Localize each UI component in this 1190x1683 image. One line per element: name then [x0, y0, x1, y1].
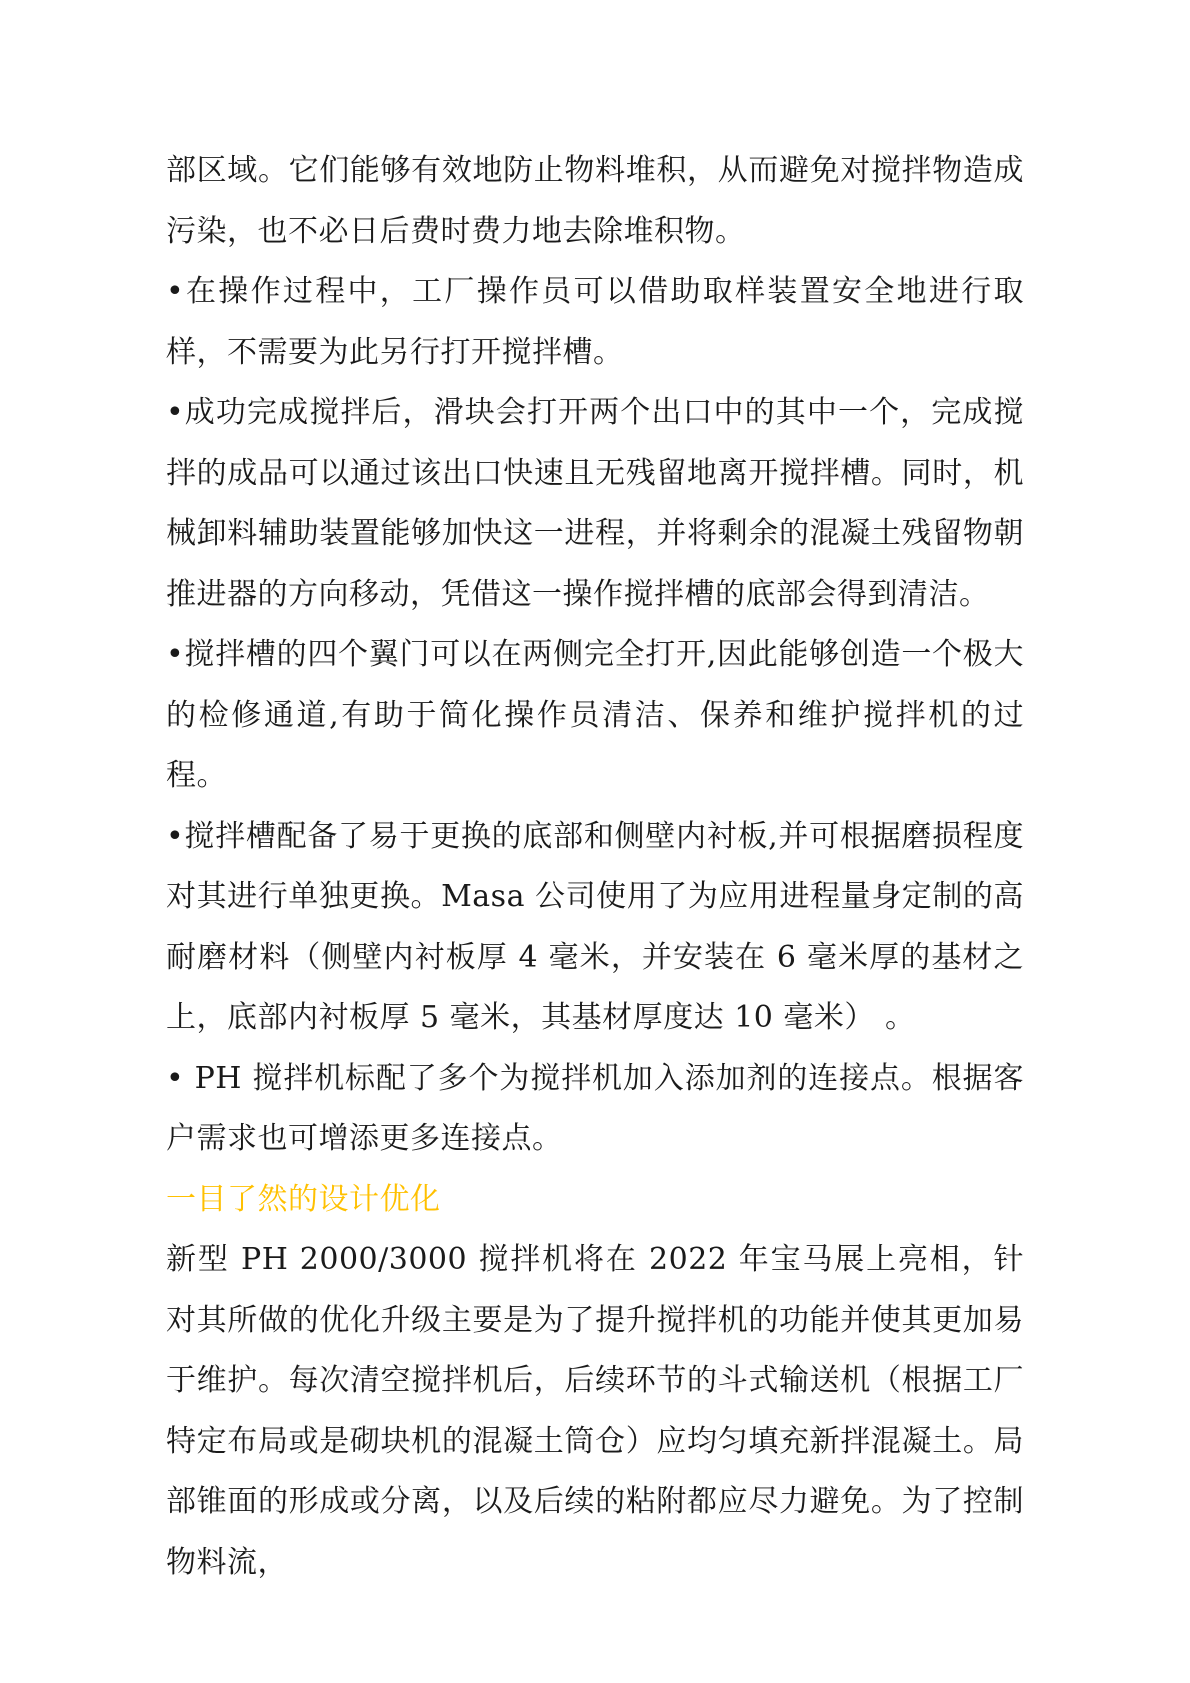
paragraph-continuation: 部区域。它们能够有效地防止物料堆积，从而避免对搅拌物造成污染，也不必日后费时费力… [166, 141, 1024, 262]
document-content: 部区域。它们能够有效地防止物料堆积，从而避免对搅拌物造成污染，也不必日后费时费力… [166, 141, 1024, 1593]
bullet-paragraph-liner-plates: •搅拌槽配备了易于更换的底部和侧壁内衬板,并可根据磨损程度对其进行单独更换。Ma… [166, 807, 1024, 1049]
paragraph-design-optimization: 新型 PH 2000/3000 搅拌机将在 2022 年宝马展上亮相，针对其所做… [166, 1230, 1024, 1593]
section-heading: 一目了然的设计优化 [166, 1170, 1024, 1231]
bullet-paragraph-additive-connections: • PH 搅拌机标配了多个为搅拌机加入添加剂的连接点。根据客户需求也可增添更多连… [166, 1049, 1024, 1170]
document-page: 部区域。它们能够有效地防止物料堆积，从而避免对搅拌物造成污染，也不必日后费时费力… [0, 0, 1190, 1683]
bullet-paragraph-wing-doors: •搅拌槽的四个翼门可以在两侧完全打开,因此能够创造一个极大的检修通道,有助于简化… [166, 625, 1024, 807]
bullet-paragraph-sampling: •在操作过程中，工厂操作员可以借助取样装置安全地进行取样，不需要为此另行打开搅拌… [166, 262, 1024, 383]
bullet-paragraph-discharge: •成功完成搅拌后，滑块会打开两个出口中的其中一个，完成搅拌的成品可以通过该出口快… [166, 383, 1024, 625]
